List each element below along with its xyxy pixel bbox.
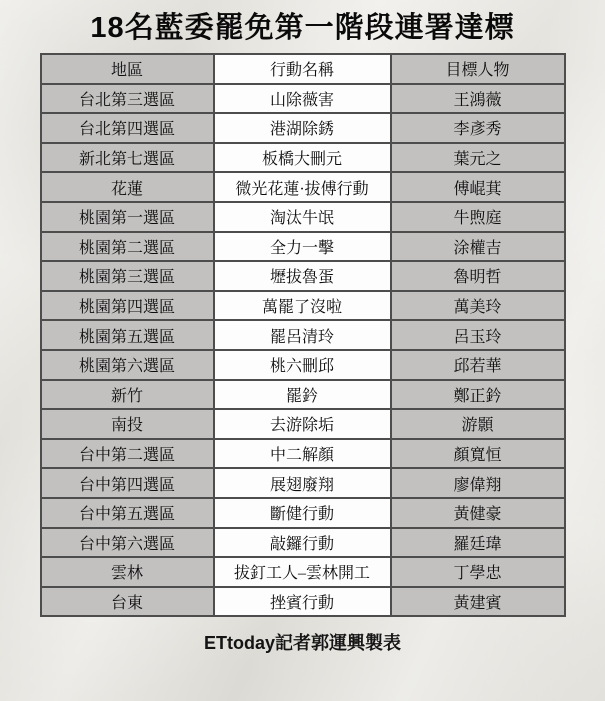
region-cell: 桃園第六選區 — [41, 350, 214, 380]
region-cell: 新竹 — [41, 380, 214, 410]
table-row: 桃園第二選區全力一擊涂權吉 — [41, 232, 565, 262]
table-row: 桃園第五選區罷呂清玲呂玉玲 — [41, 320, 565, 350]
region-cell: 台東 — [41, 587, 214, 617]
header-action: 行動名稱 — [214, 54, 391, 84]
table-row: 南投去游除垢游顥 — [41, 409, 565, 439]
region-cell: 台北第四選區 — [41, 113, 214, 143]
region-cell: 南投 — [41, 409, 214, 439]
table-row: 台東挫賓行動黃建賓 — [41, 587, 565, 617]
action-cell: 中二解顏 — [214, 439, 391, 469]
action-cell: 淘汰牛氓 — [214, 202, 391, 232]
action-cell: 萬罷了沒啦 — [214, 291, 391, 321]
action-cell: 去游除垢 — [214, 409, 391, 439]
region-cell: 新北第七選區 — [41, 143, 214, 173]
table-row: 台北第三選區山除薇害王鴻薇 — [41, 84, 565, 114]
target-cell: 王鴻薇 — [391, 84, 565, 114]
table-row: 花蓮微光花蓮·拔傅行動傅崐萁 — [41, 172, 565, 202]
table-row: 桃園第四選區萬罷了沒啦萬美玲 — [41, 291, 565, 321]
target-cell: 牛煦庭 — [391, 202, 565, 232]
table-row: 台中第二選區中二解顏顏寬恒 — [41, 439, 565, 469]
target-cell: 李彥秀 — [391, 113, 565, 143]
action-cell: 山除薇害 — [214, 84, 391, 114]
table-row: 台北第四選區港湖除銹李彥秀 — [41, 113, 565, 143]
action-cell: 展翅廢翔 — [214, 468, 391, 498]
action-cell: 板橋大刪元 — [214, 143, 391, 173]
table-row: 桃園第一選區淘汰牛氓牛煦庭 — [41, 202, 565, 232]
target-cell: 涂權吉 — [391, 232, 565, 262]
table-header: 地區 行動名稱 目標人物 — [41, 54, 565, 84]
target-cell: 丁學忠 — [391, 557, 565, 587]
page-title: 18名藍委罷免第一階段連署達標 — [0, 0, 605, 53]
target-cell: 葉元之 — [391, 143, 565, 173]
target-cell: 邱若華 — [391, 350, 565, 380]
target-cell: 傅崐萁 — [391, 172, 565, 202]
target-cell: 呂玉玲 — [391, 320, 565, 350]
recall-table: 地區 行動名稱 目標人物 台北第三選區山除薇害王鴻薇台北第四選區港湖除銹李彥秀新… — [40, 53, 566, 617]
action-cell: 桃六刪邱 — [214, 350, 391, 380]
target-cell: 鄭正鈐 — [391, 380, 565, 410]
table-row: 台中第六選區敲鑼行動羅廷瑋 — [41, 528, 565, 558]
region-cell: 雲林 — [41, 557, 214, 587]
table-row: 新北第七選區板橋大刪元葉元之 — [41, 143, 565, 173]
region-cell: 花蓮 — [41, 172, 214, 202]
target-cell: 萬美玲 — [391, 291, 565, 321]
region-cell: 台中第六選區 — [41, 528, 214, 558]
action-cell: 壢拔魯蛋 — [214, 261, 391, 291]
target-cell: 廖偉翔 — [391, 468, 565, 498]
header-region: 地區 — [41, 54, 214, 84]
region-cell: 桃園第一選區 — [41, 202, 214, 232]
region-cell: 桃園第三選區 — [41, 261, 214, 291]
region-cell: 桃園第四選區 — [41, 291, 214, 321]
action-cell: 斷健行動 — [214, 498, 391, 528]
action-cell: 挫賓行動 — [214, 587, 391, 617]
action-cell: 罷呂清玲 — [214, 320, 391, 350]
action-cell: 港湖除銹 — [214, 113, 391, 143]
table-row: 新竹罷鈐鄭正鈐 — [41, 380, 565, 410]
action-cell: 敲鑼行動 — [214, 528, 391, 558]
target-cell: 黃健豪 — [391, 498, 565, 528]
table-row: 雲林拔釘工人–雲林開工丁學忠 — [41, 557, 565, 587]
region-cell: 台北第三選區 — [41, 84, 214, 114]
action-cell: 微光花蓮·拔傅行動 — [214, 172, 391, 202]
header-row: 地區 行動名稱 目標人物 — [41, 54, 565, 84]
header-target: 目標人物 — [391, 54, 565, 84]
region-cell: 台中第四選區 — [41, 468, 214, 498]
region-cell: 台中第二選區 — [41, 439, 214, 469]
table-row: 台中第五選區斷健行動黃健豪 — [41, 498, 565, 528]
target-cell: 游顥 — [391, 409, 565, 439]
target-cell: 魯明哲 — [391, 261, 565, 291]
table-row: 桃園第六選區桃六刪邱邱若華 — [41, 350, 565, 380]
target-cell: 黃建賓 — [391, 587, 565, 617]
action-cell: 全力一擊 — [214, 232, 391, 262]
region-cell: 桃園第五選區 — [41, 320, 214, 350]
action-cell: 拔釘工人–雲林開工 — [214, 557, 391, 587]
region-cell: 桃園第二選區 — [41, 232, 214, 262]
target-cell: 顏寬恒 — [391, 439, 565, 469]
region-cell: 台中第五選區 — [41, 498, 214, 528]
table-row: 桃園第三選區壢拔魯蛋魯明哲 — [41, 261, 565, 291]
table-row: 台中第四選區展翅廢翔廖偉翔 — [41, 468, 565, 498]
table-body: 台北第三選區山除薇害王鴻薇台北第四選區港湖除銹李彥秀新北第七選區板橋大刪元葉元之… — [41, 84, 565, 617]
target-cell: 羅廷瑋 — [391, 528, 565, 558]
action-cell: 罷鈐 — [214, 380, 391, 410]
credit-line: ETtoday記者郭運興製表 — [0, 629, 605, 655]
